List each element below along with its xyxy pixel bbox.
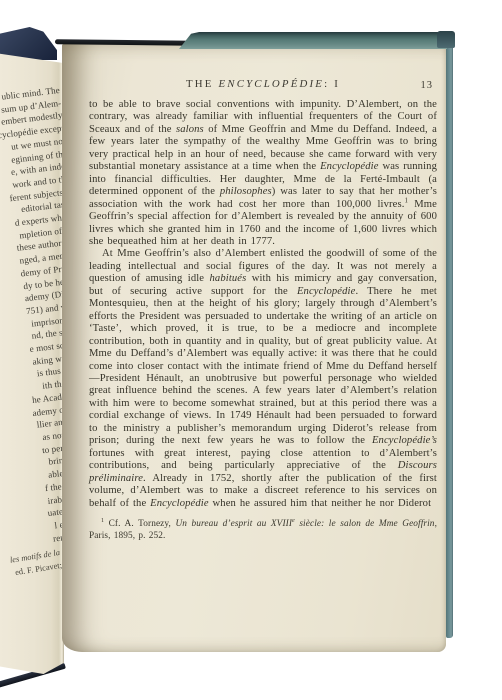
cover-top-edge xyxy=(179,32,447,49)
cover-fore-edge-top-corner xyxy=(437,31,455,48)
right-page-text-block: THE ENCYCLOPÉDIE: I 13 to be able to bra… xyxy=(62,44,446,652)
running-head: THE ENCYCLOPÉDIE: I 13 xyxy=(89,78,437,94)
running-title: THE ENCYCLOPÉDIE: I xyxy=(89,78,437,90)
left-page-text-fragments: ublic mind. Thesum up d’Alem-embert mode… xyxy=(0,84,64,555)
footnote: 1 Cf. A. Tornezy, Un bureau d’esprit au … xyxy=(89,519,437,543)
left-page: ublic mind. Thesum up d’Alem-embert mode… xyxy=(0,50,64,674)
book-photo: ublic mind. Thesum up d’Alem-embert mode… xyxy=(0,0,502,700)
body-paragraph: to be able to brave social conventions w… xyxy=(89,99,437,248)
left-page-footnote-fragments: les motifs de la ed. F. Picavet; xyxy=(0,547,63,594)
right-page: THE ENCYCLOPÉDIE: I 13 to be able to bra… xyxy=(62,44,446,652)
cover-fore-edge xyxy=(446,46,453,638)
body-paragraph: At Mme Geoffrin’s also d’Alembert enlist… xyxy=(89,248,437,510)
page-number: 13 xyxy=(421,80,434,91)
body-text: to be able to brave social conventions w… xyxy=(89,99,437,510)
